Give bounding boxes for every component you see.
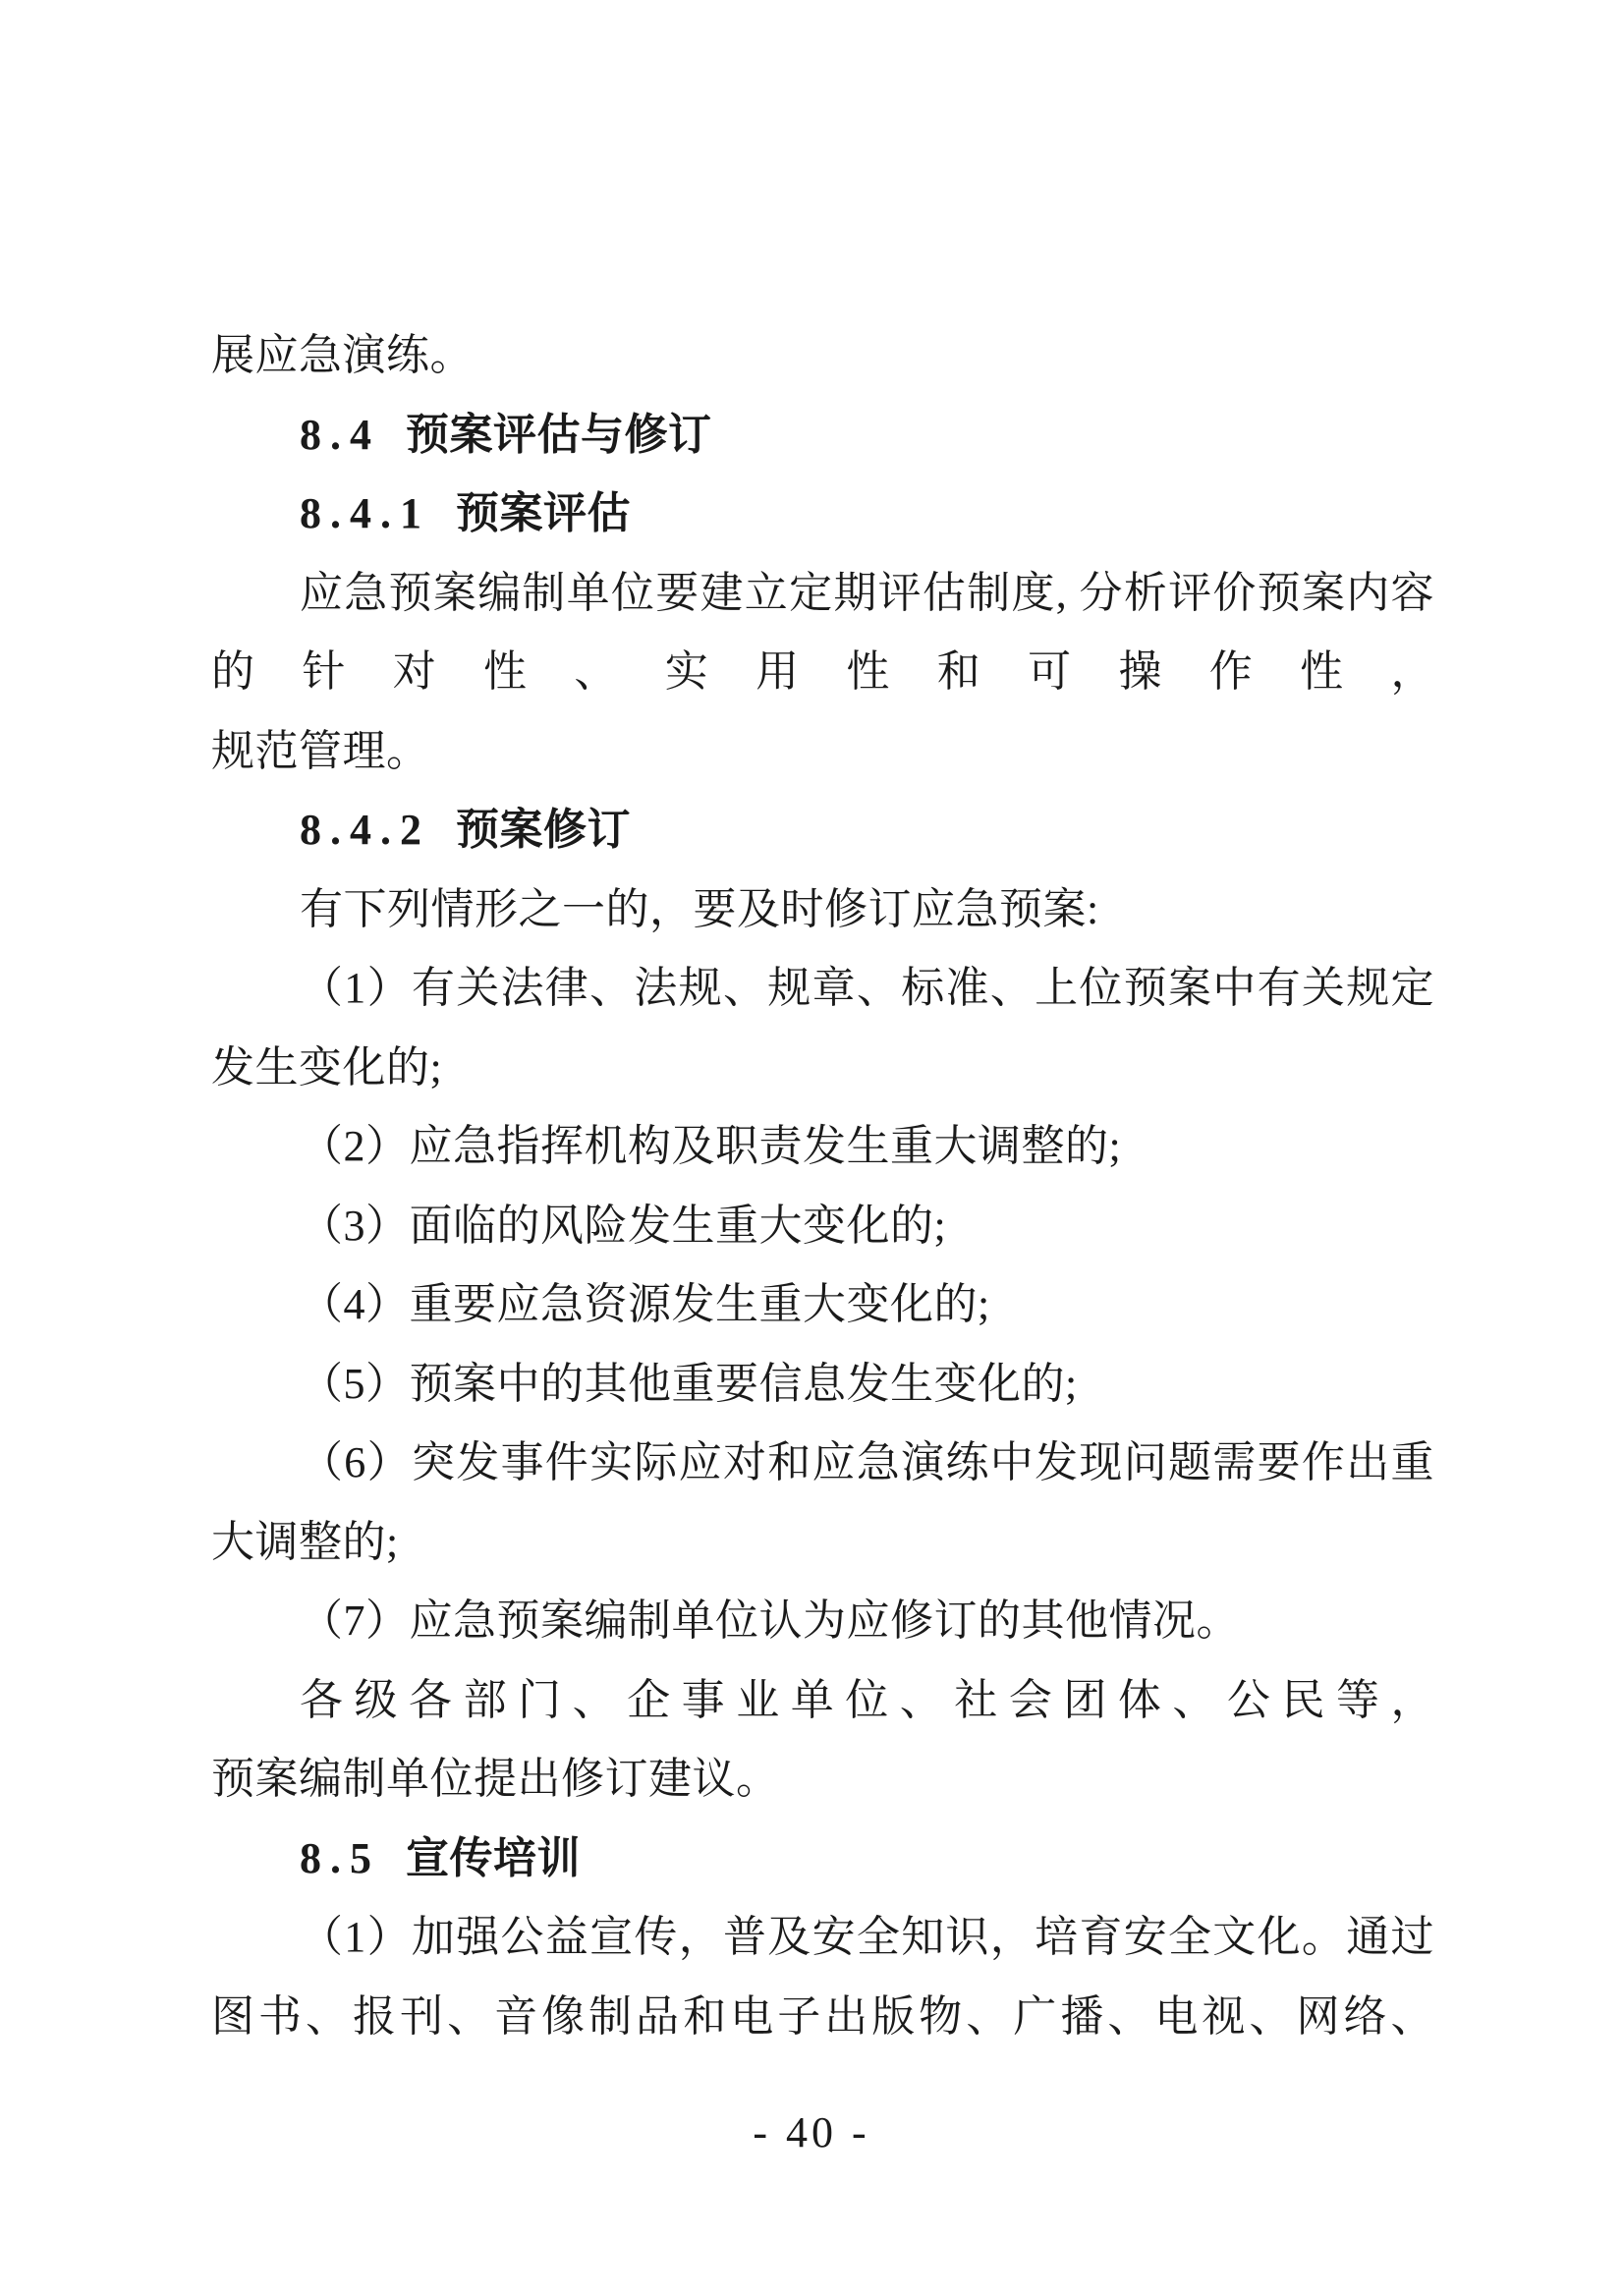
text-line: （6）突发事件实际应对和应急演练中发现问题需要作出重 xyxy=(211,1424,1434,1503)
heading-8-4-2: 8.4.2预案修订 xyxy=(211,791,1434,870)
heading-number: 8.5 xyxy=(300,1834,380,1882)
line-text: 发生变化的; xyxy=(211,1043,442,1092)
heading-text: 预案评估 xyxy=(456,489,631,537)
heading-text: 宣传培训 xyxy=(406,1834,581,1882)
heading-text: 预案评估与修订 xyxy=(406,411,712,459)
line-text: 应急预案编制单位要建立定期评估制度, 分析评价预案内容 xyxy=(300,569,1434,617)
heading-number: 8.4.2 xyxy=(300,806,430,854)
heading-8-4-1: 8.4.1预案评估 xyxy=(211,475,1434,554)
line-text: （4）重要应急资源发生重大变化的; xyxy=(300,1280,990,1328)
text-line: 应急预案编制单位要建立定期评估制度, 分析评价预案内容 xyxy=(211,554,1434,634)
text-line: 大调整的; xyxy=(211,1503,1434,1583)
line-text: 规范管理。 xyxy=(211,727,430,775)
line-text: 的针对性、实用性和可操作性，实现应急预案的动态优化和科学 xyxy=(211,647,1434,712)
document-body: 展应急演练。8.4预案评估与修订8.4.1预案评估应急预案编制单位要建立定期评估… xyxy=(211,316,1434,2056)
page-number: - 40 - xyxy=(753,2108,869,2156)
heading-8-4: 8.4预案评估与修订 xyxy=(211,396,1434,476)
text-line: （5）预案中的其他重要信息发生变化的; xyxy=(211,1345,1434,1425)
document-page: 展应急演练。8.4预案评估与修订8.4.1预案评估应急预案编制单位要建立定期评估… xyxy=(0,0,1623,2296)
text-line: （1）有关法律、法规、规章、标准、上位预案中有关规定 xyxy=(211,949,1434,1029)
text-line: 发生变化的; xyxy=(211,1029,1434,1108)
line-text: 各级各部门、企事业单位、社会团体、公民等，可以向有关 xyxy=(300,1676,1434,1741)
line-text: 图书、报刊、音像制品和电子出版物、广播、电视、网络、手机 xyxy=(211,1992,1434,2057)
heading-8-5: 8.5宣传培训 xyxy=(211,1820,1434,1899)
text-line: 的针对性、实用性和可操作性，实现应急预案的动态优化和科学 xyxy=(211,633,1434,712)
heading-text: 预案修订 xyxy=(456,806,631,854)
text-line: （2）应急指挥机构及职责发生重大调整的; xyxy=(211,1107,1434,1187)
line-text: 展应急演练。 xyxy=(211,331,474,379)
line-text: （1）有关法律、法规、规章、标准、上位预案中有关规定 xyxy=(300,964,1434,1012)
text-line: 各级各部门、企事业单位、社会团体、公民等，可以向有关 xyxy=(211,1661,1434,1741)
line-text: （5）预案中的其他重要信息发生变化的; xyxy=(300,1360,1078,1408)
line-text: （6）突发事件实际应对和应急演练中发现问题需要作出重 xyxy=(300,1438,1434,1486)
line-text: （1）加强公益宣传，普及安全知识，培育安全文化。通过 xyxy=(300,1913,1434,1961)
heading-number: 8.4 xyxy=(300,411,380,459)
heading-number: 8.4.1 xyxy=(300,489,430,537)
line-text: 大调整的; xyxy=(211,1518,399,1566)
text-line: （3）面临的风险发生重大变化的; xyxy=(211,1187,1434,1266)
line-text: 有下列情形之一的，要及时修订应急预案: xyxy=(300,885,1099,933)
text-line: 预案编制单位提出修订建议。 xyxy=(211,1740,1434,1820)
text-line: （7）应急预案编制单位认为应修订的其他情况。 xyxy=(211,1582,1434,1661)
line-text: （7）应急预案编制单位认为应修订的其他情况。 xyxy=(300,1596,1240,1645)
line-text: （3）面临的风险发生重大变化的; xyxy=(300,1202,946,1250)
line-text: （2）应急指挥机构及职责发生重大调整的; xyxy=(300,1122,1121,1170)
text-line: （1）加强公益宣传，普及安全知识，培育安全文化。通过 xyxy=(211,1898,1434,1978)
text-line: 有下列情形之一的，要及时修订应急预案: xyxy=(211,870,1434,950)
text-line: 图书、报刊、音像制品和电子出版物、广播、电视、网络、手机 xyxy=(211,1978,1434,2057)
text-line: 展应急演练。 xyxy=(211,316,1434,396)
text-line: 规范管理。 xyxy=(211,712,1434,792)
text-line: （4）重要应急资源发生重大变化的; xyxy=(211,1265,1434,1345)
page-footer: - 40 - xyxy=(0,2096,1623,2170)
line-text: 预案编制单位提出修订建议。 xyxy=(211,1755,780,1803)
